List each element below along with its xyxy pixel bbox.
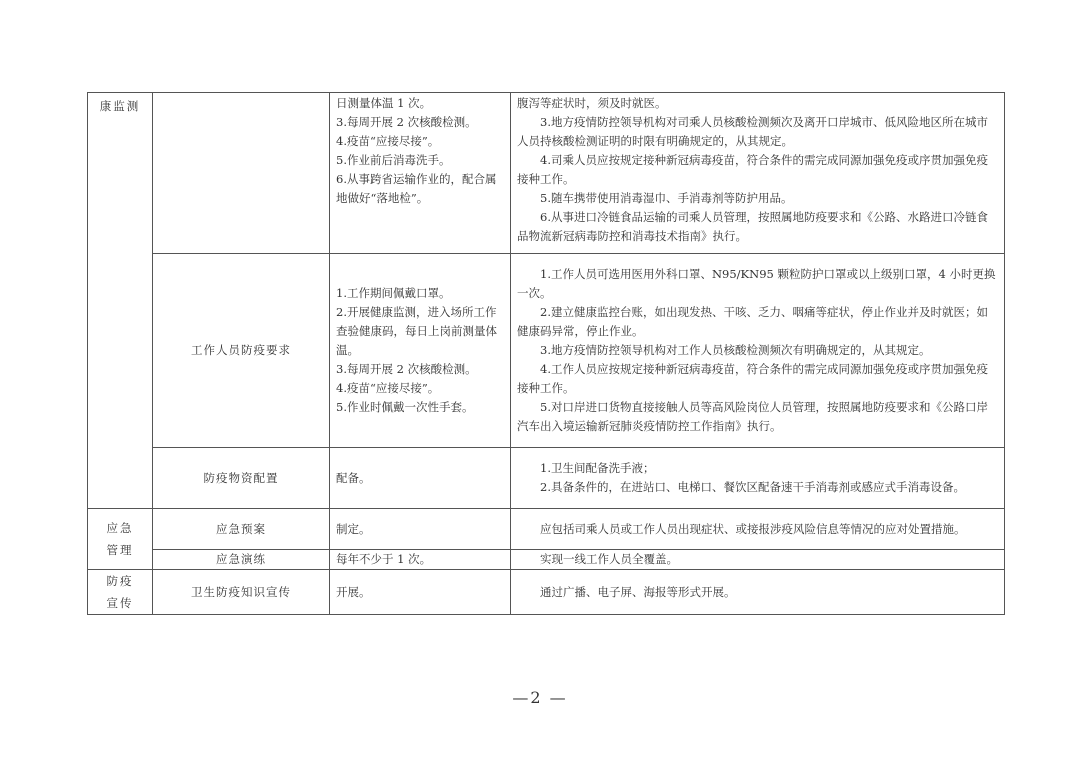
detail-paragraph: 3.地方疫情防控领导机构对司乘人员核酸检测频次及离开口岸城市、低风险地区所在城市… — [517, 113, 998, 151]
document-page: 康监测 日测量体温 1 次。 3.每周开展 2 次核酸检测。 4.疫苗“应接尽接… — [0, 0, 1080, 763]
detail-paragraph: 通过广播、电子屏、海报等形式开展。 — [517, 583, 998, 602]
category-label-line: 管理 — [107, 539, 134, 561]
detail-paragraph: 2.具备条件的，在进站口、电梯口、餐饮区配备速干手消毒剂或感应式手消毒设备。 — [517, 478, 998, 497]
table-row: 应急演练 每年不少于 1 次。 实现一线工作人员全覆盖。 — [88, 550, 1005, 570]
detail-line: 腹泻等症状时，须及时就医。 — [517, 94, 998, 113]
category-cell: 康监测 — [88, 93, 153, 509]
category-label-line: 应急 — [107, 517, 134, 539]
item-cell: 应急演练 — [153, 550, 330, 570]
detail-cell: 通过广播、电子屏、海报等形式开展。 — [511, 570, 1005, 615]
detail-paragraph: 6.从事进口冷链食品运输的司乘人员管理，按照属地防疫要求和《公路、水路进口冷链食… — [517, 208, 998, 246]
standard-line: 3.每周开展 2 次核酸检测。 — [336, 113, 506, 132]
category-cell: 应急 管理 — [88, 509, 153, 570]
standard-text: 制定。 — [336, 522, 371, 536]
standard-line: 6.从事跨省运输作业的，配合属地做好“落地检”。 — [336, 170, 506, 208]
category-label: 康监测 — [100, 95, 141, 117]
detail-paragraph: 实现一线工作人员全覆盖。 — [517, 550, 998, 569]
detail-paragraph: 应包括司乘人员或工作人员出现症状、或接报涉疫风险信息等情况的应对处置措施。 — [517, 520, 998, 539]
page-number: —2 — — [0, 688, 1080, 707]
standard-text: 每年不少于 1 次。 — [336, 552, 431, 566]
category-label-line: 防疫 — [107, 570, 134, 592]
table-row: 防疫物资配置 配备。 1.卫生间配备洗手液； 2.具备条件的，在进站口、电梯口、… — [88, 448, 1005, 509]
detail-paragraph: 4.司乘人员应按规定接种新冠病毒疫苗，符合条件的需完成同源加强免疫或序贯加强免疫… — [517, 151, 998, 189]
detail-cell: 实现一线工作人员全覆盖。 — [511, 550, 1005, 570]
detail-paragraph: 1.卫生间配备洗手液； — [517, 459, 998, 478]
standard-cell: 1.工作期间佩戴口罩。 2.开展健康监测，进入场所工作查验健康码，每日上岗前测量… — [330, 254, 511, 448]
category-label-line: 宣传 — [107, 592, 134, 614]
table-row: 工作人员防疫要求 1.工作期间佩戴口罩。 2.开展健康监测，进入场所工作查验健康… — [88, 254, 1005, 448]
detail-paragraph: 1.工作人员可选用医用外科口罩、N95/KN95 颗粒防护口罩或以上级别口罩，4… — [517, 265, 998, 303]
item-label: 应急演练 — [216, 552, 266, 566]
item-label: 卫生防疫知识宣传 — [191, 585, 291, 599]
item-label: 防疫物资配置 — [204, 471, 279, 485]
detail-paragraph: 5.对口岸进口货物直接接触人员等高风险岗位人员管理，按照属地防疫要求和《公路口岸… — [517, 398, 998, 436]
standard-line: 2.开展健康监测，进入场所工作查验健康码，每日上岗前测量体温。 — [336, 303, 506, 360]
detail-cell: 1.工作人员可选用医用外科口罩、N95/KN95 颗粒防护口罩或以上级别口罩，4… — [511, 254, 1005, 448]
detail-paragraph: 3.地方疫情防控领导机构对工作人员核酸检测频次有明确规定的，从其规定。 — [517, 341, 998, 360]
item-cell: 卫生防疫知识宣传 — [153, 570, 330, 615]
standard-line: 4.疫苗“应接尽接”。 — [336, 132, 506, 151]
item-cell — [153, 93, 330, 254]
category-cell: 防疫 宣传 — [88, 570, 153, 615]
detail-cell: 应包括司乘人员或工作人员出现症状、或接报涉疫风险信息等情况的应对处置措施。 — [511, 509, 1005, 550]
table-row: 康监测 日测量体温 1 次。 3.每周开展 2 次核酸检测。 4.疫苗“应接尽接… — [88, 93, 1005, 254]
standard-cell: 配备。 — [330, 448, 511, 509]
standard-cell: 开展。 — [330, 570, 511, 615]
item-label: 工作人员防疫要求 — [191, 343, 291, 357]
standard-line: 日测量体温 1 次。 — [336, 94, 506, 113]
detail-paragraph: 4.工作人员应按规定接种新冠病毒疫苗，符合条件的需完成同源加强免疫或序贯加强免疫… — [517, 360, 998, 398]
item-cell: 防疫物资配置 — [153, 448, 330, 509]
standard-line: 3.每周开展 2 次核酸检测。 — [336, 360, 506, 379]
detail-paragraph: 2.建立健康监控台账，如出现发热、干咳、乏力、咽痛等症状，停止作业并及时就医；如… — [517, 303, 998, 341]
item-label: 应急预案 — [216, 522, 266, 536]
epidemic-prevention-table: 康监测 日测量体温 1 次。 3.每周开展 2 次核酸检测。 4.疫苗“应接尽接… — [87, 92, 1005, 615]
table-row: 应急 管理 应急预案 制定。 应包括司乘人员或工作人员出现症状、或接报涉疫风险信… — [88, 509, 1005, 550]
item-cell: 应急预案 — [153, 509, 330, 550]
standard-cell: 制定。 — [330, 509, 511, 550]
detail-cell: 1.卫生间配备洗手液； 2.具备条件的，在进站口、电梯口、餐饮区配备速干手消毒剂… — [511, 448, 1005, 509]
detail-cell: 腹泻等症状时，须及时就医。 3.地方疫情防控领导机构对司乘人员核酸检测频次及离开… — [511, 93, 1005, 254]
standard-cell: 每年不少于 1 次。 — [330, 550, 511, 570]
standard-cell: 日测量体温 1 次。 3.每周开展 2 次核酸检测。 4.疫苗“应接尽接”。 5… — [330, 93, 511, 254]
detail-paragraph: 5.随车携带使用消毒湿巾、手消毒剂等防护用品。 — [517, 189, 998, 208]
standard-line: 5.作业时佩戴一次性手套。 — [336, 398, 506, 417]
standard-text: 开展。 — [336, 585, 371, 599]
table-row: 防疫 宣传 卫生防疫知识宣传 开展。 通过广播、电子屏、海报等形式开展。 — [88, 570, 1005, 615]
standard-line: 5.作业前后消毒洗手。 — [336, 151, 506, 170]
standard-text: 配备。 — [336, 471, 371, 485]
standard-line: 4.疫苗“应接尽接”。 — [336, 379, 506, 398]
item-cell: 工作人员防疫要求 — [153, 254, 330, 448]
standard-line: 1.工作期间佩戴口罩。 — [336, 284, 506, 303]
